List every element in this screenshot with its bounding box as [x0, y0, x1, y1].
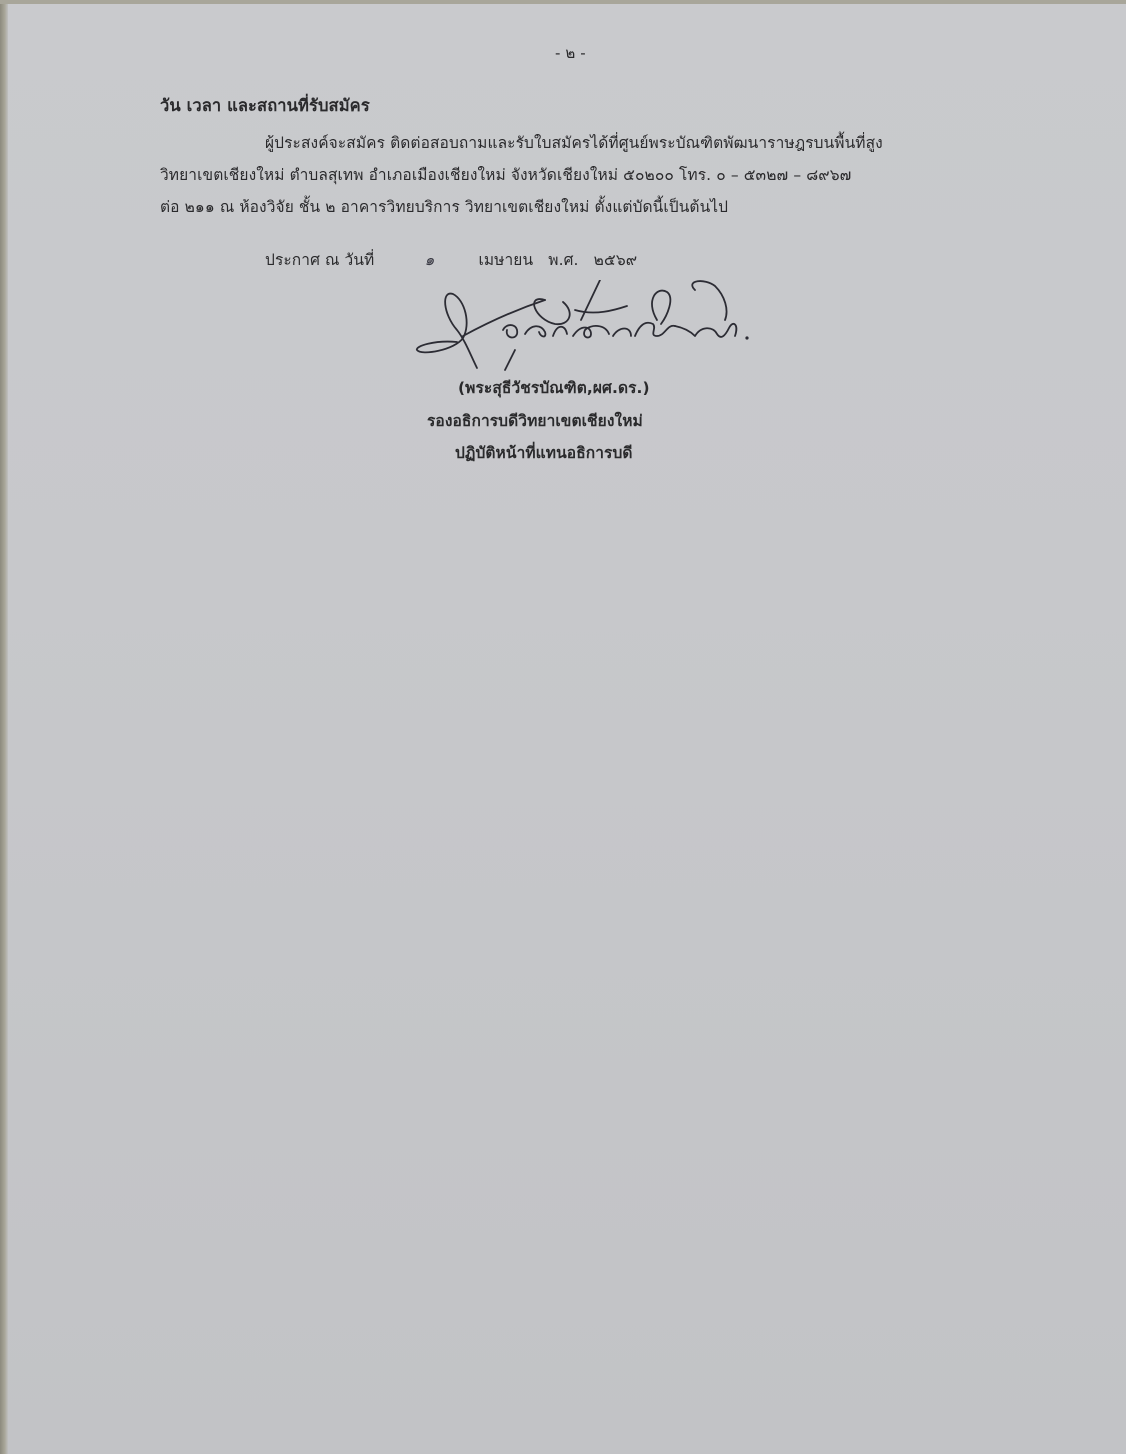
paper-edge-top [0, 0, 1126, 4]
signatory-name: (พระสุธีวัชรบัณฑิต,ผศ.ดร.) [458, 375, 650, 400]
signatory-role: ปฏิบัติหน้าที่แทนอธิการบดี [455, 440, 633, 465]
section-heading: วัน เวลา และสถานที่รับสมัคร [160, 93, 370, 119]
body-line: วิทยาเขตเชียงใหม่ ตำบลสุเทพ อำเภอเมืองเช… [160, 162, 851, 187]
paper-edge [0, 0, 8, 1454]
signatory-title: รองอธิการบดีวิทยาเขตเชียงใหม่ [427, 408, 643, 433]
announcement-day: ๑ [424, 247, 434, 272]
body-line: ผู้ประสงค์จะสมัคร ติดต่อสอบถามและรับใบสม… [265, 130, 883, 155]
signature-icon [395, 280, 775, 380]
page-number: - ๒ - [555, 41, 586, 65]
announcement-year: ๒๕๖๙ [594, 247, 638, 272]
announcement-prefix: ประกาศ ณ วันที่ [265, 247, 374, 272]
announcement-month: เมษายน [478, 247, 533, 272]
body-line: ต่อ ๒๑๑ ณ ห้องวิจัย ชั้น ๒ อาคารวิทยบริก… [160, 194, 728, 219]
announcement-year-label: พ.ศ. [548, 247, 578, 272]
announcement-date: ประกาศ ณ วันที่ ๑ เมษายน พ.ศ. ๒๕๖๙ [265, 247, 637, 272]
document-page [8, 4, 1126, 1454]
